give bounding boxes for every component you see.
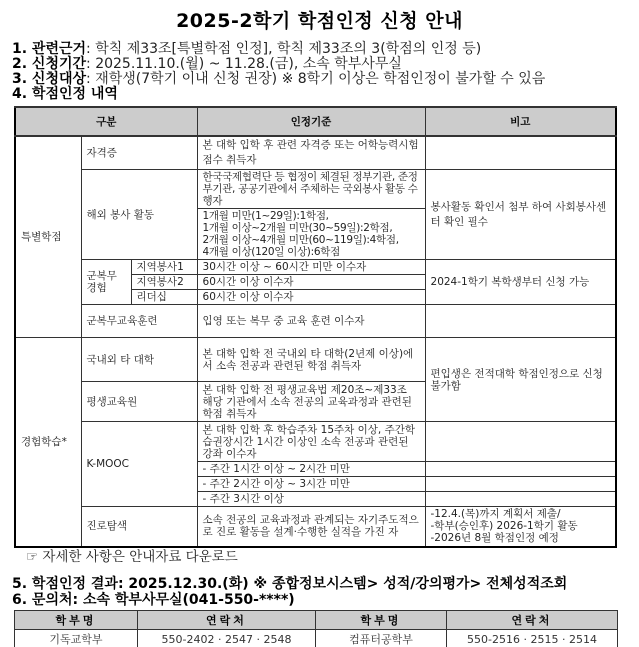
row-note (425, 136, 616, 170)
sub-name: 지역봉사1 (131, 260, 197, 275)
row-criteria: 60시간 이상 이수자 (197, 290, 425, 305)
kmooc-level: - 주간 2시간 이상 ~ 3시간 미만 (197, 477, 425, 492)
header-dept: 학부명 (316, 611, 447, 630)
dept-phone: 550-2402 · 2547 · 2548 (138, 630, 316, 647)
result-line: 5. 학점인정 결과: 2025.12.30.(화) ※ 종합정보시스템> 성적… (12, 577, 567, 592)
row-note: 편입생은 전적대학 학점인정으로 신청불가함 (425, 338, 616, 422)
row-criteria: 소속 전공의 교육과정과 관계되는 자기주도적으로 진로 활동을 설계·수행한 … (197, 507, 425, 547)
header-category: 구분 (15, 107, 197, 136)
page-title: 2025-2학기 학점인정 신청 안내 (0, 6, 639, 33)
table-row: K-MOOC 본 대학 입학 후 학습주차 15주차 이상, 주간학습권장시간 … (15, 422, 616, 462)
row-note: -12.4.(목)까지 계획서 제출/ -학부(승인후) 2026-1학기 활동… (425, 507, 616, 547)
header-note: 비고 (425, 107, 616, 136)
table-row: 특별학점 자격증 본 대학 입학 후 관련 자격증 또는 어학능력시험 점수 취… (15, 136, 616, 170)
header-dept: 학부명 (15, 611, 138, 630)
item-target: 3. 신청대상: 재학생(7학기 이내 신청 권장) ※ 8학기 이상은 학점인… (12, 72, 545, 87)
row-criteria-credits: 1개월 미만(1~29일):1학점, 1개월 이상~2개월 미만(30~59일)… (197, 209, 425, 260)
row-name: 평생교육원 (81, 382, 197, 422)
row-note (425, 462, 616, 477)
sub-name: 리더십 (131, 290, 197, 305)
row-note (425, 422, 616, 462)
row-criteria: 입영 또는 복무 중 교육 훈련 이수자 (197, 305, 425, 338)
table-row: 해외 봉사 활동 한국국제협력단 등 협정이 체결된 정부기관, 준정부기관, … (15, 170, 616, 209)
contact-heading: 6. 문의처: 소속 학부사무실(041-550-****) (12, 593, 295, 608)
table-row: 경험학습* 국내외 타 대학 본 대학 입학 전 국내외 타 대학(2년제 이상… (15, 338, 616, 382)
sub-name: 지역봉사2 (131, 275, 197, 290)
row-note (425, 477, 616, 492)
row-note (425, 305, 616, 338)
row-criteria: 본 대학 입학 후 학습주차 15주차 이상, 주간학습권장시간 1시간 이상인… (197, 422, 425, 462)
table-row: 군복무교육훈련 입영 또는 복무 중 교육 훈련 이수자 (15, 305, 616, 338)
contact-row: 기독교학부 550-2402 · 2547 · 2548 컴퓨터공학부 550-… (15, 630, 618, 647)
category-special: 특별학점 (15, 136, 81, 338)
item-details-heading: 4. 학점인정 내역 (12, 87, 118, 102)
header-phone: 연락처 (447, 611, 618, 630)
credit-table: 구분 인정기준 비고 특별학점 자격증 본 대학 입학 후 관련 자격증 또는 … (14, 106, 617, 548)
category-experience: 경험학습* (15, 338, 81, 547)
row-name: 진로탐색 (81, 507, 197, 547)
row-name: 군복무교육훈련 (81, 305, 197, 338)
row-note (425, 492, 616, 507)
download-link[interactable]: ☞ 자세한 사항은 안내자료 다운로드 (26, 545, 238, 565)
row-criteria: 본 대학 입학 전 국내외 타 대학(2년제 이상)에서 소속 전공과 관련된 … (197, 338, 425, 382)
row-name: 군복무 경험 (81, 260, 131, 305)
kmooc-level: - 주간 3시간 이상 (197, 492, 425, 507)
row-criteria: 60시간 이상 이수자 (197, 275, 425, 290)
row-name: 자격증 (81, 136, 197, 170)
table-row: 진로탐색 소속 전공의 교육과정과 관계되는 자기주도적으로 진로 활동을 설계… (15, 507, 616, 547)
row-name: 해외 봉사 활동 (81, 170, 197, 260)
header-criteria: 인정기준 (197, 107, 425, 136)
dept-name: 컴퓨터공학부 (316, 630, 447, 647)
row-criteria: 본 대학 입학 전 평생교육법 제20조~제33조 해당 기관에서 소속 전공의… (197, 382, 425, 422)
kmooc-level: - 주간 1시간 이상 ~ 2시간 미만 (197, 462, 425, 477)
table-header: 구분 인정기준 비고 (15, 107, 616, 136)
row-note: 2024-1학기 복학생부터 신청 가능 (425, 260, 616, 305)
dept-name: 기독교학부 (15, 630, 138, 647)
item-basis: 1. 관련근거: 학칙 제33조[특별학점 인정], 학칙 제33조의 3(학점… (12, 42, 481, 57)
item-period: 2. 신청기간: 2025.11.10.(월) ~ 11.28.(금), 소속 … (12, 57, 402, 72)
header-phone: 연락처 (138, 611, 316, 630)
row-name: K-MOOC (81, 422, 197, 507)
dept-phone: 550-2516 · 2515 · 2514 (447, 630, 618, 647)
contact-header: 학부명 연락처 학부명 연락처 (15, 611, 618, 630)
row-criteria: 한국국제협력단 등 협정이 체결된 정부기관, 준정부기관, 공공기관에서 주체… (197, 170, 425, 209)
row-name: 국내외 타 대학 (81, 338, 197, 382)
row-criteria: 본 대학 입학 후 관련 자격증 또는 어학능력시험 점수 취득자 (197, 136, 425, 170)
row-note: 봉사활동 확인서 첨부 하여 사회봉사센터 확인 필수 (425, 170, 616, 260)
contact-table: 학부명 연락처 학부명 연락처 기독교학부 550-2402 · 2547 · … (14, 610, 618, 647)
table-row: 군복무 경험 지역봉사1 30시간 이상 ~ 60시간 미만 이수자 2024-… (15, 260, 616, 275)
row-criteria: 30시간 이상 ~ 60시간 미만 이수자 (197, 260, 425, 275)
